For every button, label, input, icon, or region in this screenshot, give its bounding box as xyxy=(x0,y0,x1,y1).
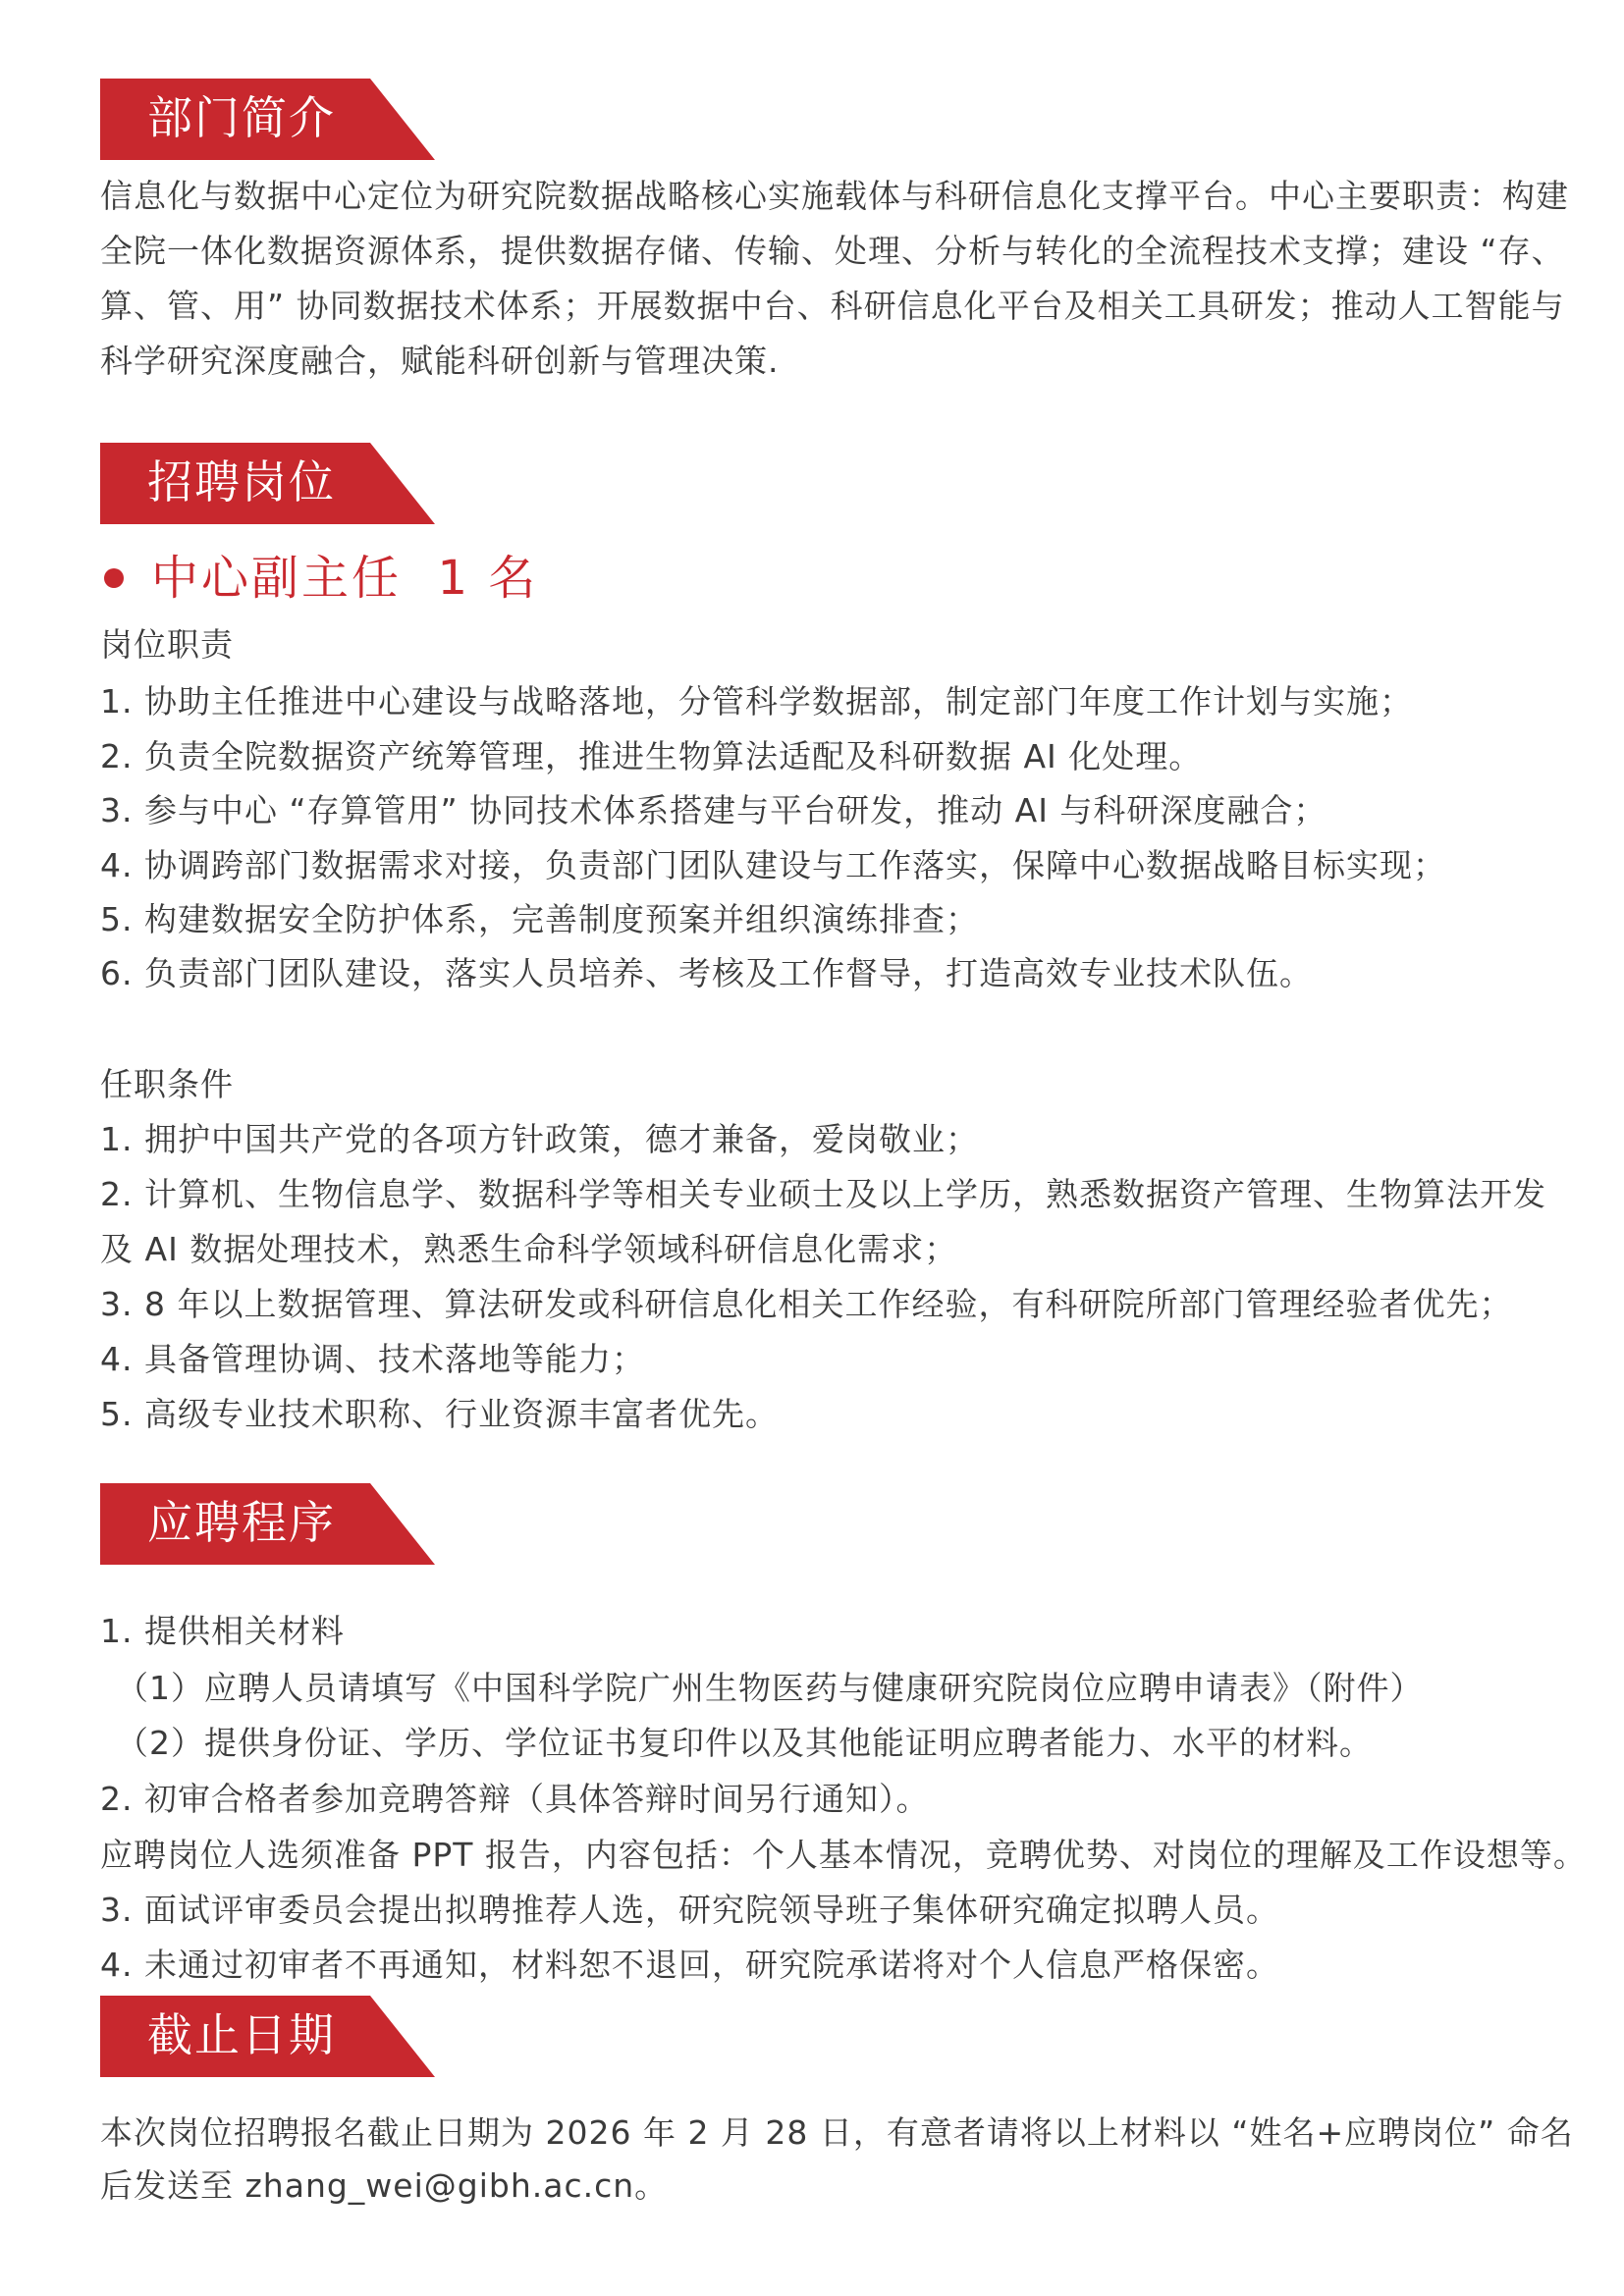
section-banner-procedure: 应聘程序 xyxy=(100,1483,435,1565)
section-heading: 招聘岗位 xyxy=(147,443,336,524)
deadline-text-line: 后发送至 zhang_wei@gibh.ac.cn。 xyxy=(100,2159,668,2214)
section-banner-deadline: 截止日期 xyxy=(100,1996,435,2077)
procedure-substep: （1）应聘人员请填写《中国科学院广州生物医药与健康研究院岗位应聘申请表》（附件） xyxy=(116,1661,1424,1716)
duty-item: 1. 协助主任推进中心建设与战略落地，分管科学数据部，制定部门年度工作计划与实施… xyxy=(100,674,1413,729)
section-banner-positions: 招聘岗位 xyxy=(100,443,435,524)
procedure-step: 4. 未通过初审者不再通知，材料恕不退回，研究院承诺将对个人信息严格保密。 xyxy=(100,1938,1279,1993)
section-banner-department-intro: 部门简介 xyxy=(100,79,435,160)
duty-item: 4. 协调跨部门数据需求对接，负责部门团队建设与工作落实，保障中心数据战略目标实… xyxy=(100,838,1446,893)
requirement-item-continued: 及 AI 数据处理技术，熟悉生命科学领域科研信息化需求； xyxy=(100,1222,957,1277)
duty-item: 2. 负责全院数据资产统筹管理，推进生物算法适配及科研数据 AI 化处理。 xyxy=(100,729,1202,784)
requirements-label: 任职条件 xyxy=(100,1057,234,1112)
procedure-step: 2. 初审合格者参加竞聘答辩（具体答辩时间另行通知）。 xyxy=(100,1772,929,1827)
requirement-item: 3. 8 年以上数据管理、算法研发或科研信息化相关工作经验，有科研院所部门管理经… xyxy=(100,1277,1512,1332)
requirement-item: 1. 拥护中国共产党的各项方针政策，德才兼备，爱岗敬业； xyxy=(100,1112,979,1167)
position-title-text: 中心副主任 1 名 xyxy=(151,551,538,606)
requirement-item: 5. 高级专业技术职称、行业资源丰富者优先。 xyxy=(100,1387,779,1442)
bullet-dot-icon xyxy=(104,568,124,588)
requirement-item: 2. 计算机、生物信息学、数据科学等相关专业硕士及以上学历，熟悉数据资产管理、生… xyxy=(100,1167,1524,1222)
duty-item: 5. 构建数据安全防护体系，完善制度预案并组织演练排查； xyxy=(100,892,979,947)
intro-paragraph-line: 全院一体化数据资源体系，提供数据存储、传输、处理、分析与转化的全流程技术支撑；建… xyxy=(100,224,1524,279)
section-heading: 部门简介 xyxy=(147,79,336,160)
intro-paragraph-line: 科学研究深度融合，赋能科研创新与管理决策. xyxy=(100,334,780,389)
deadline-text-line: 本次岗位招聘报名截止日期为 2026 年 2 月 28 日，有意者请将以上材料以… xyxy=(100,2106,1524,2161)
procedure-step: 3. 面试评审委员会提出拟聘推荐人选，研究院领导班子集体研究确定拟聘人员。 xyxy=(100,1883,1279,1938)
section-heading: 应聘程序 xyxy=(147,1483,336,1565)
intro-paragraph-line: 信息化与数据中心定位为研究院数据战略核心实施载体与科研信息化支撑平台。中心主要职… xyxy=(100,169,1524,224)
duties-label: 岗位职责 xyxy=(100,617,234,672)
duty-item: 3. 参与中心 “存算管用” 协同技术体系搭建与平台研发，推动 AI 与科研深度… xyxy=(100,783,1326,838)
requirement-item: 4. 具备管理协调、技术落地等能力； xyxy=(100,1332,645,1387)
position-title: 中心副主任 1 名 xyxy=(100,544,538,613)
intro-paragraph-line: 算、管、用” 协同数据技术体系；开展数据中台、科研信息化平台及相关工具研发；推动… xyxy=(100,279,1524,334)
procedure-substep: （2）提供身份证、学历、学位证书复印件以及其他能证明应聘者能力、水平的材料。 xyxy=(116,1716,1373,1771)
section-heading: 截止日期 xyxy=(147,1996,336,2077)
procedure-note: 应聘岗位人选须准备 PPT 报告，内容包括：个人基本情况，竞聘优势、对岗位的理解… xyxy=(100,1828,1524,1883)
duty-item: 6. 负责部门团队建设，落实人员培养、考核及工作督导，打造高效专业技术队伍。 xyxy=(100,946,1313,1001)
procedure-step: 1. 提供相关材料 xyxy=(100,1604,345,1659)
